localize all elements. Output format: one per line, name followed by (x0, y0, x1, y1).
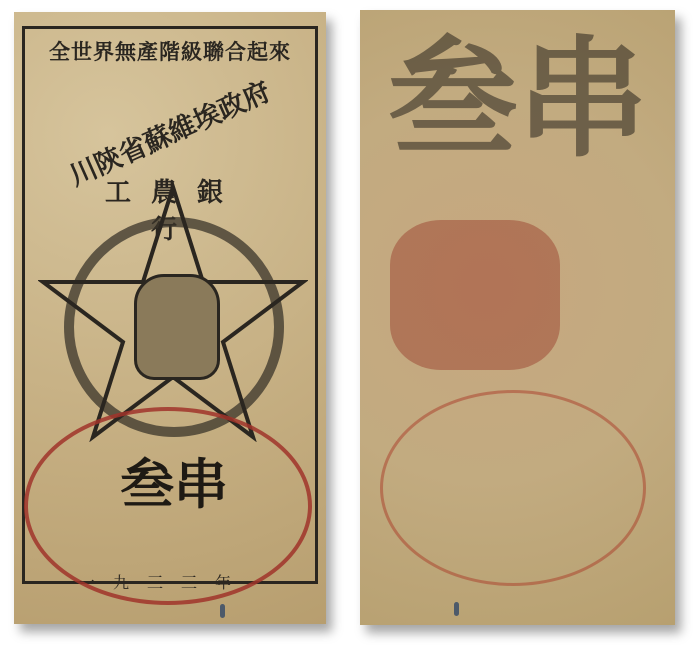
back-seal (390, 220, 560, 370)
fist-icon (134, 274, 220, 380)
pin-hole (220, 604, 225, 618)
denomination: 叁串 (94, 442, 254, 519)
top-slogan: 全世界無產階級聯合起來 (32, 36, 308, 66)
pin-hole (454, 602, 459, 616)
back-seal-ring (380, 390, 646, 586)
banknote-back: 叁串 (360, 10, 675, 625)
banknote-front: 全世界無產階級聯合起來 川陝省蘇維埃政府 工農銀行 叁串 一九三三年 (14, 12, 326, 624)
year-text: 一九三三年 (64, 570, 264, 593)
